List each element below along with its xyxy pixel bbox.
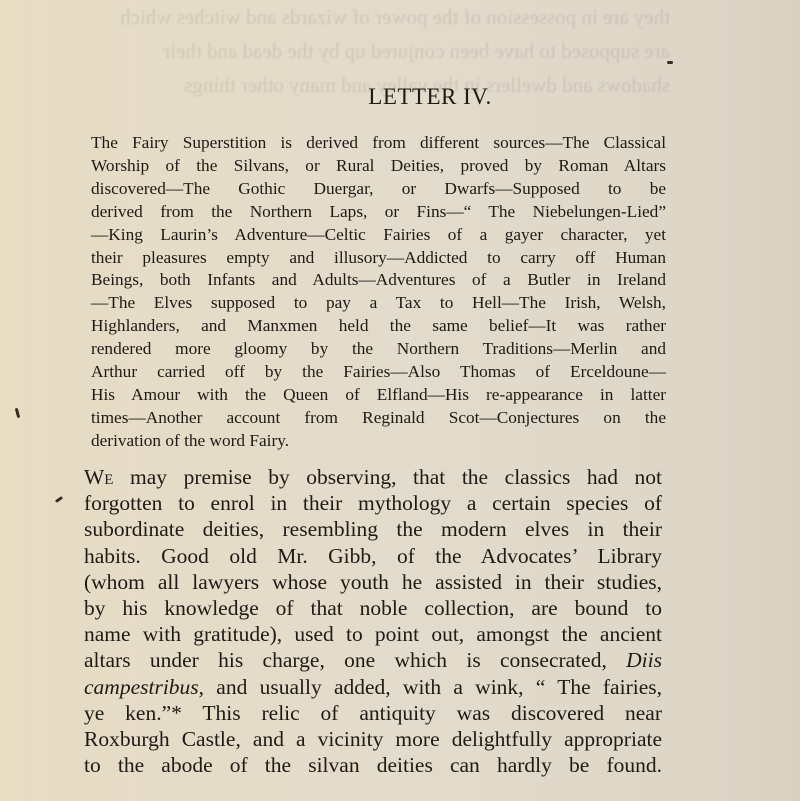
summary-line: discovered—The Gothic Duergar, or Dwarfs… — [108, 178, 666, 201]
body-line-text: altars under his charge, one which is co… — [84, 648, 626, 672]
body-line: name with gratitude), used to point out,… — [84, 621, 662, 647]
body-line: by his knowledge of that noble collectio… — [84, 595, 662, 621]
summary-line: their pleasures empty and illusory—Addic… — [108, 247, 666, 270]
summary-line: times—Another account from Reginald Scot… — [108, 407, 666, 430]
summary-line: His Amour with the Queen of Elfland—His … — [108, 384, 666, 407]
body-paragraph: We may premise by observing, that the cl… — [84, 464, 662, 778]
summary-line: Worship of the Silvans, or Rural Deities… — [108, 155, 666, 178]
page-blemish — [15, 408, 20, 418]
summary-line: —King Laurin’s Adventure—Celtic Fairies … — [108, 224, 666, 247]
summary-line: —The Elves supposed to pay a Tax to Hell… — [108, 292, 666, 315]
body-line: altars under his charge, one which is co… — [84, 647, 662, 673]
body-line: ye ken.”* This relic of antiquity was di… — [84, 700, 662, 726]
body-line-text: , and usually added, with a wink, “ The … — [199, 675, 662, 699]
body-line: habits. Good old Mr. Gibb, of the Advoca… — [84, 543, 662, 569]
latin-phrase: campestribus — [84, 675, 199, 699]
latin-phrase: Diis — [626, 648, 662, 672]
summary-line: Beings, both Infants and Adults—Adventur… — [108, 269, 666, 292]
body-line: campestribus, and usually added, with a … — [84, 674, 662, 700]
body-line: Roxburgh Castle, and a vicinity more del… — [84, 726, 662, 752]
opening-word: We — [84, 465, 113, 489]
summary-line: Arthur carried off by the Fairies—Also T… — [108, 361, 666, 384]
summary-line: The Fairy Superstition is derived from d… — [108, 132, 666, 155]
summary-line: rendered more gloomy by the Northern Tra… — [108, 338, 666, 361]
body-line-text: may premise by observing, that the class… — [113, 465, 662, 489]
body-line: subordinate deities, resembling the mode… — [84, 516, 662, 542]
summary-line: Highlanders, and Manxmen held the same b… — [108, 315, 666, 338]
summary-line: derived from the Northern Laps, or Fins—… — [108, 201, 666, 224]
body-line: forgotten to enrol in their mythology a … — [84, 490, 662, 516]
chapter-summary: The Fairy Superstition is derived from d… — [91, 132, 666, 453]
body-line: (whom all lawyers whose youth he assiste… — [84, 569, 662, 595]
summary-line: derivation of the word Fairy. — [108, 430, 666, 453]
body-line: to the abode of the silvan deities can h… — [84, 752, 662, 778]
body-line: We may premise by observing, that the cl… — [84, 464, 662, 490]
page-heading: LETTER IV. — [0, 84, 800, 110]
page-blemish — [667, 61, 673, 64]
page-blemish — [55, 496, 63, 503]
